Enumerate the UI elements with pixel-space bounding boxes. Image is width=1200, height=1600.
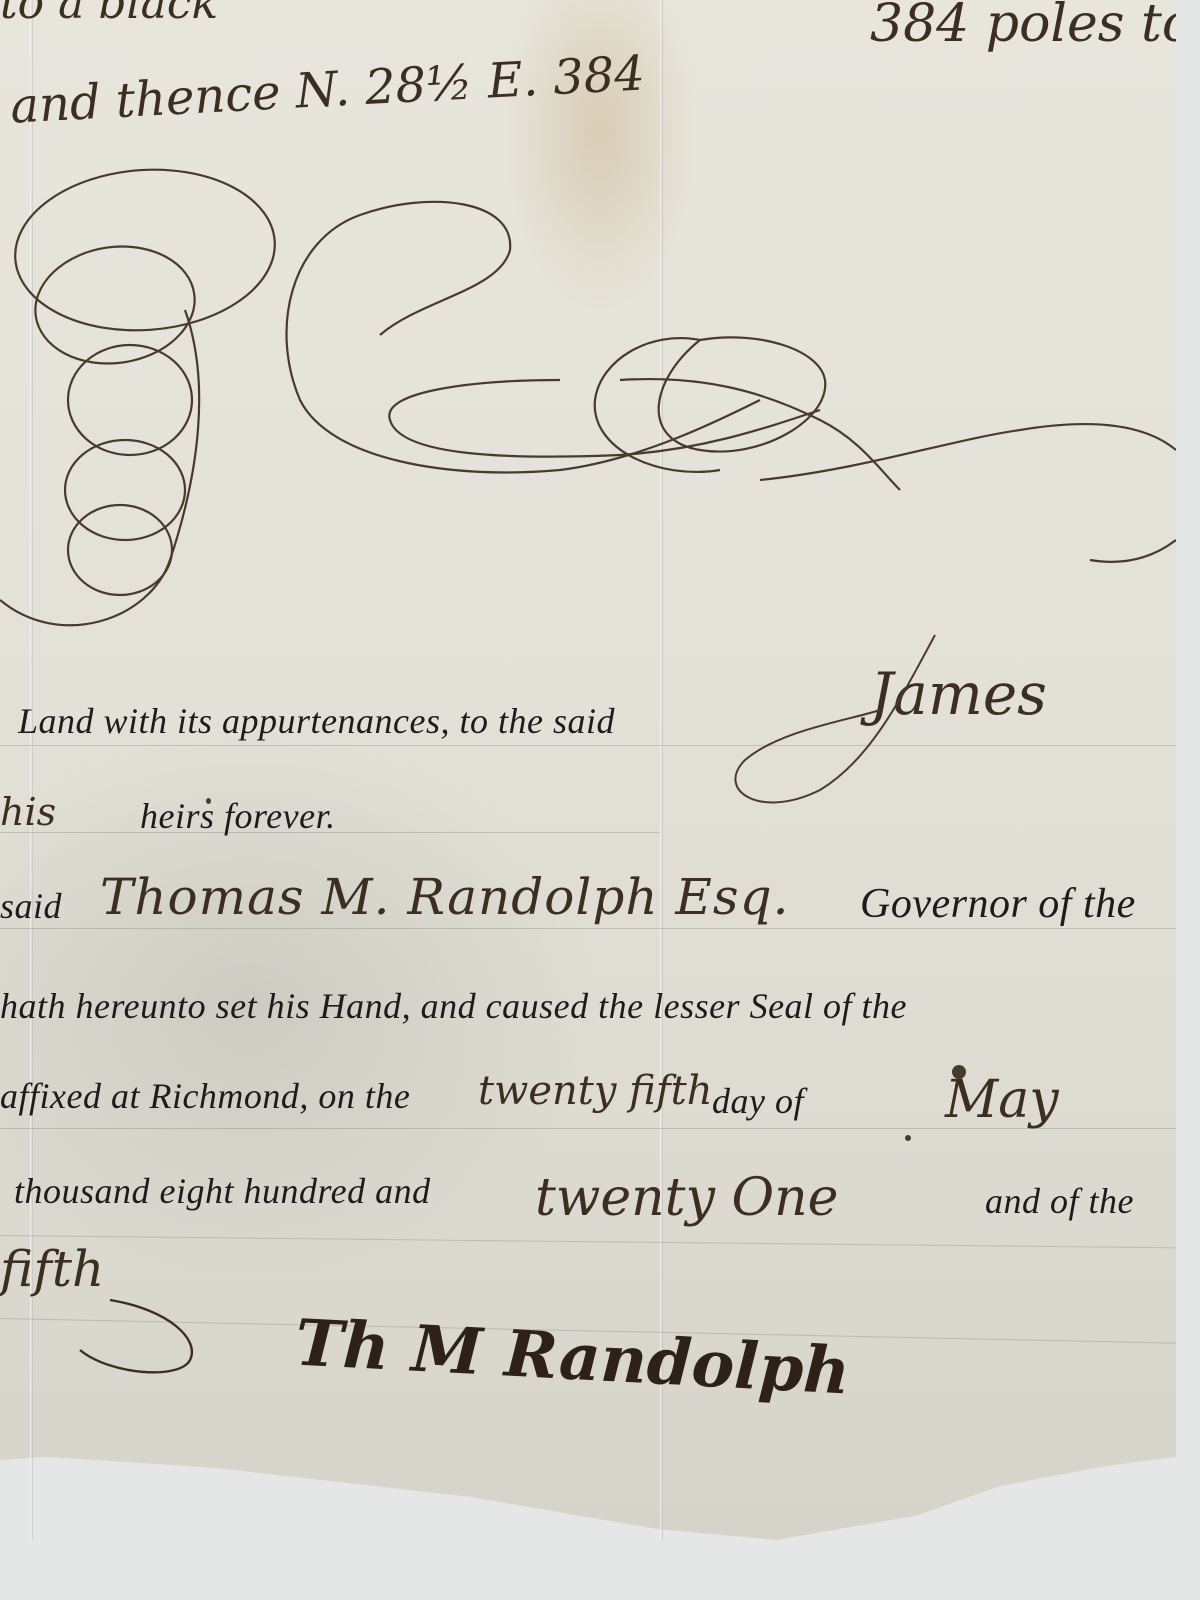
governor-name: Thomas M. Randolph Esq. [100,868,789,926]
heirs-pronoun: his [0,790,56,834]
ink-blot [952,1065,966,1079]
ink-speck [206,798,211,804]
grant-day: twenty fifth [478,1068,712,1114]
printed-year-clause: thousand eight hundred and [14,1170,431,1212]
printed-hand-seal-clause: hath hereunto set his Hand, and caused t… [0,985,907,1027]
grantee-name: James [870,660,1047,728]
grant-year: twenty One [535,1168,838,1228]
printed-land-clause: Land with its appurtenances, to the said [18,700,615,742]
grant-month: May [945,1070,1059,1130]
printed-day-of: day of [712,1080,804,1122]
ink-speck [905,1135,911,1141]
printed-heirs-clause: heirs forever. [140,795,336,837]
printed-and-of-the: and of the [985,1180,1134,1222]
printed-governor-title: Governor of the [860,880,1136,928]
printed-said: said [0,885,62,927]
printed-affixed-clause: affixed at Richmond, on the [0,1075,410,1117]
ruled-line [0,745,1176,746]
calligraphic-flourish [0,0,1176,680]
commonwealth-year-ordinal: fifth [0,1240,104,1298]
ruled-line [0,928,1176,929]
